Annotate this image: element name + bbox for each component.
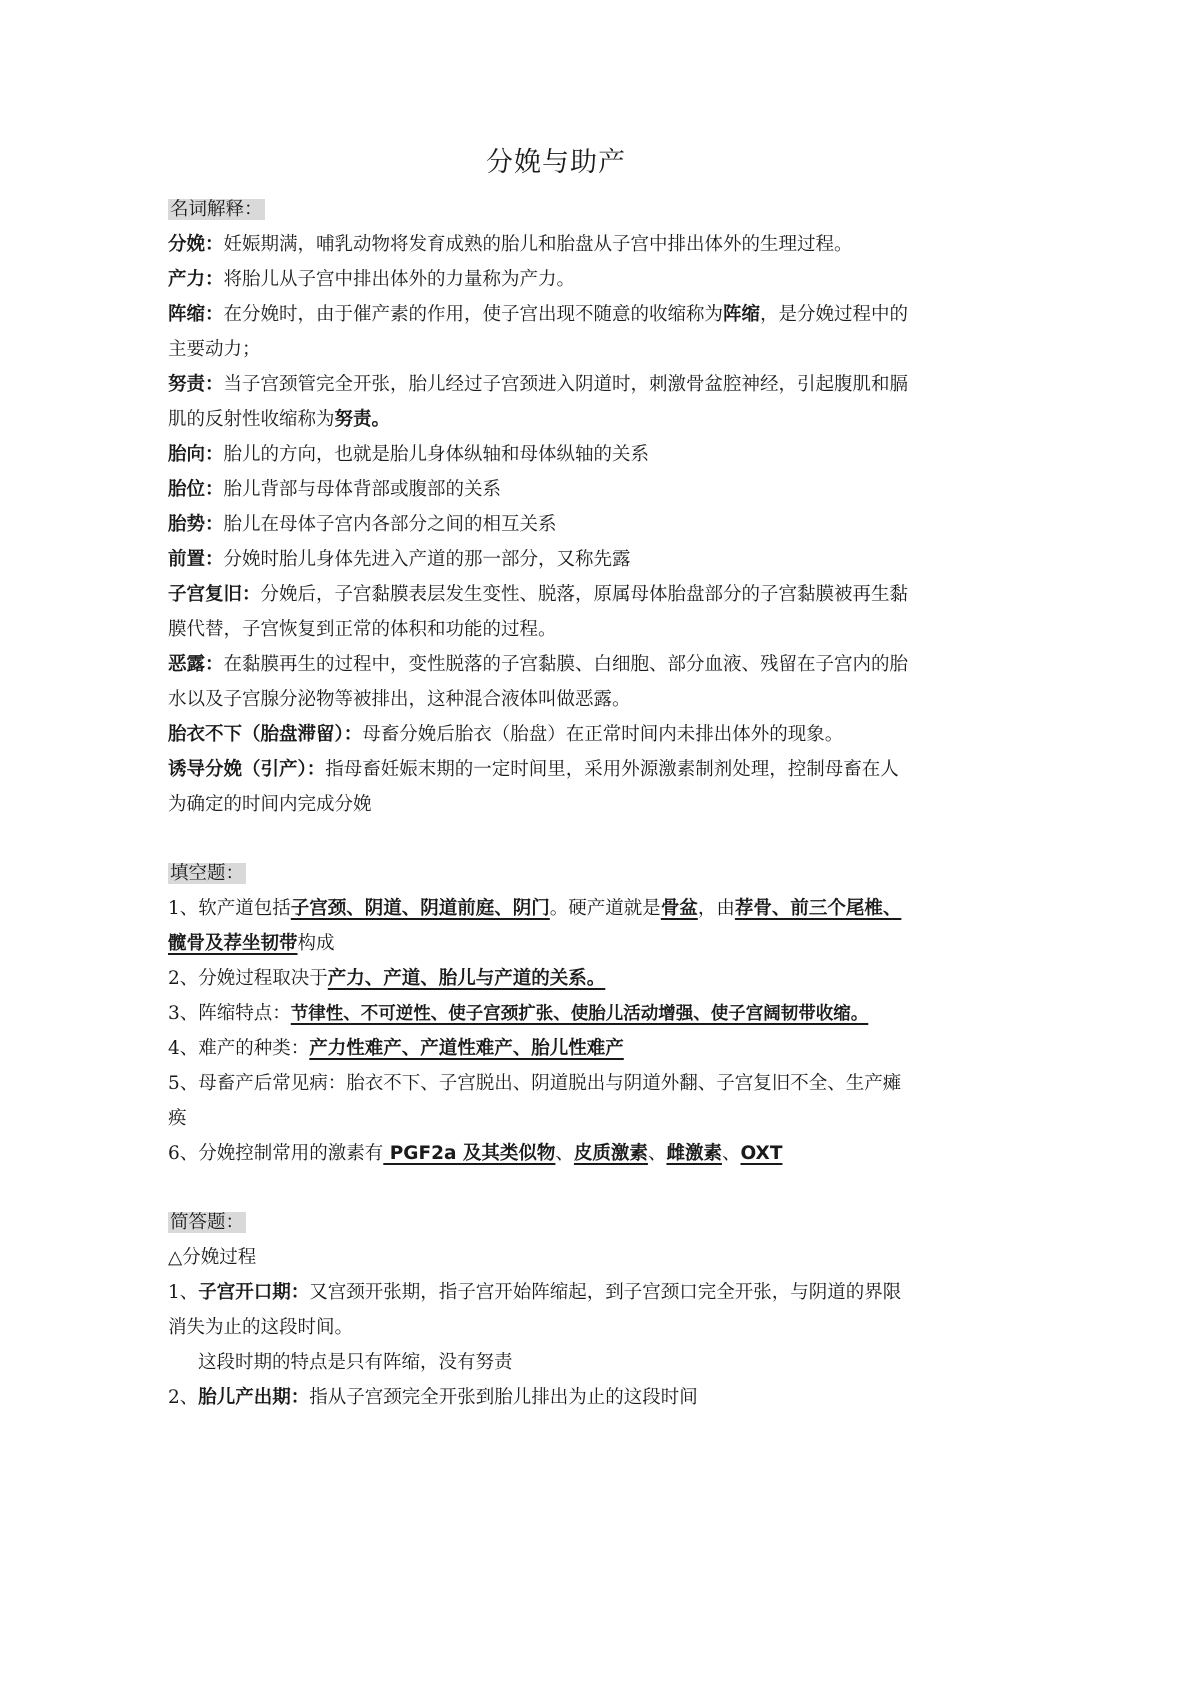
- definition-continuation: 膜代替，子宫恢复到正常的体积和功能的过程。: [168, 618, 557, 642]
- answer: 皮质激素: [574, 1143, 648, 1164]
- definition-text: 膜代替，子宫恢复到正常的体积和功能的过程。: [168, 619, 557, 640]
- definition-text: 分娩时胎儿身体先进入产道的那一部分，又称先露: [224, 549, 631, 570]
- term: 分娩：: [168, 234, 224, 255]
- question-text: 4、难产的种类：: [168, 1038, 309, 1059]
- definition-text: 妊娠期满，哺乳动物将发育成熟的胎儿和胎盘从子宫中排出体外的生理过程。: [224, 234, 853, 255]
- question-text: 2、分娩过程取决于: [168, 968, 328, 989]
- answer: 雌激素: [666, 1143, 722, 1164]
- answer-text: 指从子宫颈完全开张到胎儿排出为止的这段时间: [309, 1387, 698, 1408]
- term: 胎位：: [168, 479, 224, 500]
- definition-item: 胎衣不下（胎盘滞留）：母畜分娩后胎衣（胎盘）在正常时间内未排出体外的现象。: [168, 723, 843, 747]
- term: 恶露：: [168, 654, 224, 675]
- question-text: 6、分娩控制常用的激素有: [168, 1143, 383, 1164]
- definition-text: ，是分娩过程中的: [760, 304, 908, 325]
- term: 子宫开口期：: [198, 1282, 309, 1303]
- question-text: 3、阵缩特点：: [168, 1003, 291, 1024]
- highlighted-heading: 名词解释：: [168, 199, 265, 220]
- definition-text: 母畜分娩后胎衣（胎盘）在正常时间内未排出体外的现象。: [362, 724, 843, 745]
- definition-text: 水以及子宫腺分泌物等被排出，这种混合液体叫做恶露。: [168, 689, 631, 710]
- answer: 产力性难产、产道性难产、胎儿性难产: [309, 1038, 624, 1059]
- definition-text: 胎儿背部与母体背部或腹部的关系: [224, 479, 502, 500]
- answer: 产力、产道、胎儿与产道的关系。: [328, 968, 606, 989]
- definition-text: 胎儿的方向，也就是胎儿身体纵轴和母体纵轴的关系: [224, 444, 650, 465]
- answer-paragraph-1: 1、子宫开口期：又宫颈开张期，指子宫开始阵缩起，到子宫颈口完全开张，与阴道的界限: [168, 1281, 901, 1305]
- definition-item: 子宫复旧：分娩后，子宫黏膜表层发生变性、脱落，原属母体胎盘部分的子宫黏膜被再生黏: [168, 583, 908, 607]
- inline-bold: 努责。: [335, 409, 391, 430]
- separator: 、: [648, 1143, 667, 1164]
- definition-item: 产力：将胎儿从子宫中排出体外的力量称为产力。: [168, 268, 575, 292]
- section-heading-short-answer: 简答题：: [168, 1211, 246, 1235]
- fill-blank-question-5-continuation: 痪: [168, 1107, 187, 1131]
- section-heading-fill-blank: 填空题：: [168, 862, 246, 886]
- answer: 节律性、不可逆性、使子宫颈扩张、使胎儿活动增强、使子宫阔韧带收缩。: [291, 1004, 869, 1024]
- definition-text: 当子宫颈管完全开张，胎儿经过子宫颈进入阴道时，刺激骨盆腔神经，引起腹肌和膈: [224, 374, 909, 395]
- term: 努责：: [168, 374, 224, 395]
- answer: 子宫颈、阴道、阴道前庭、阴门: [291, 898, 550, 919]
- definition-item: 胎势：胎儿在母体子宫内各部分之间的相互关系: [168, 513, 557, 537]
- definition-text: 肌的反射性收缩称为: [168, 409, 335, 430]
- answer: 骨盆: [661, 898, 698, 919]
- page-title: 分娩与助产: [168, 140, 944, 179]
- highlighted-heading: 填空题：: [168, 863, 246, 884]
- term: 胎势：: [168, 514, 224, 535]
- question-text: 构成: [298, 933, 335, 954]
- number: 2、: [168, 1387, 198, 1408]
- definition-item: 恶露：在黏膜再生的过程中，变性脱落的子宫黏膜、白细胞、部分血液、残留在子宫内的胎: [168, 653, 908, 677]
- definition-text: 指母畜妊娠末期的一定时间里，采用外源激素制剂处理，控制母畜在人: [325, 759, 899, 780]
- section-heading-definitions: 名词解释：: [168, 198, 265, 222]
- fill-blank-question-6: 6、分娩控制常用的激素有 PGF2a 及其类似物、皮质激素、雌激素、OXT: [168, 1142, 782, 1166]
- fill-blank-question-5: 5、母畜产后常见病：胎衣不下、子宫脱出、阴道脱出与阴道外翻、子宫复旧不全、生产瘫: [168, 1072, 901, 1096]
- question-text: 1、软产道包括: [168, 898, 291, 919]
- definition-item: 阵缩：在分娩时，由于催产素的作用，使子宫出现不随意的收缩称为阵缩，是分娩过程中的: [168, 303, 908, 327]
- number: 1、: [168, 1282, 198, 1303]
- definition-item: 努责：当子宫颈管完全开张，胎儿经过子宫颈进入阴道时，刺激骨盆腔神经，引起腹肌和膈: [168, 373, 908, 397]
- definition-continuation: 主要动力；: [168, 338, 261, 362]
- term: 产力：: [168, 269, 224, 290]
- definition-continuation: 肌的反射性收缩称为努责。: [168, 408, 390, 432]
- definition-item: 前置：分娩时胎儿身体先进入产道的那一部分，又称先露: [168, 548, 631, 572]
- answer-text: 这段时期的特点是只有阵缩，没有努责: [198, 1352, 513, 1373]
- term: 诱导分娩（引产）：: [168, 759, 325, 780]
- answer-text: 消失为止的这段时间。: [168, 1317, 353, 1338]
- answer-paragraph-2: 2、胎儿产出期：指从子宫颈完全开张到胎儿排出为止的这段时间: [168, 1386, 698, 1410]
- fill-blank-question-2: 2、分娩过程取决于产力、产道、胎儿与产道的关系。: [168, 967, 605, 991]
- subheading-text: △分娩过程: [168, 1247, 256, 1268]
- answer-paragraph-1-note: 这段时期的特点是只有阵缩，没有努责: [198, 1351, 513, 1375]
- separator: 、: [555, 1143, 574, 1164]
- fill-blank-question-1-continuation: 髋骨及荐坐韧带构成: [168, 932, 335, 956]
- subheading: △分娩过程: [168, 1246, 256, 1270]
- definition-item: 诱导分娩（引产）：指母畜妊娠末期的一定时间里，采用外源激素制剂处理，控制母畜在人: [168, 758, 899, 782]
- definition-text: 在分娩时，由于催产素的作用，使子宫出现不随意的收缩称为: [224, 304, 724, 325]
- inline-bold: 阵缩: [723, 304, 760, 325]
- separator: 、: [722, 1143, 741, 1164]
- fill-blank-question-3: 3、阵缩特点：节律性、不可逆性、使子宫颈扩张、使胎儿活动增强、使子宫阔韧带收缩。: [168, 1002, 868, 1026]
- answer: 髋骨及荐坐韧带: [168, 933, 298, 954]
- definition-text: 胎儿在母体子宫内各部分之间的相互关系: [224, 514, 557, 535]
- term: 阵缩：: [168, 304, 224, 325]
- definition-text: 主要动力；: [168, 339, 261, 360]
- answer: 荐骨、前三个尾椎、: [735, 898, 902, 919]
- term: 胎向：: [168, 444, 224, 465]
- definition-continuation: 为确定的时间内完成分娩: [168, 793, 372, 817]
- definition-text: 为确定的时间内完成分娩: [168, 794, 372, 815]
- definition-item: 胎位：胎儿背部与母体背部或腹部的关系: [168, 478, 501, 502]
- term: 胎儿产出期：: [198, 1387, 309, 1408]
- highlighted-heading: 简答题：: [168, 1212, 246, 1233]
- definition-continuation: 水以及子宫腺分泌物等被排出，这种混合液体叫做恶露。: [168, 688, 631, 712]
- term: 胎衣不下（胎盘滞留）：: [168, 724, 362, 745]
- definition-text: 将胎儿从子宫中排出体外的力量称为产力。: [224, 269, 576, 290]
- fill-blank-question-4: 4、难产的种类：产力性难产、产道性难产、胎儿性难产: [168, 1037, 624, 1061]
- question-text: 。硬产道就是: [550, 898, 661, 919]
- term: 子宫复旧：: [168, 584, 261, 605]
- answer: OXT: [740, 1143, 782, 1164]
- answer-paragraph-1-continuation: 消失为止的这段时间。: [168, 1316, 353, 1340]
- fill-blank-question-1: 1、软产道包括子宫颈、阴道、阴道前庭、阴门。硬产道就是骨盆，由荐骨、前三个尾椎、: [168, 897, 901, 921]
- definition-text: 分娩后，子宫黏膜表层发生变性、脱落，原属母体胎盘部分的子宫黏膜被再生黏: [261, 584, 909, 605]
- definition-text: 在黏膜再生的过程中，变性脱落的子宫黏膜、白细胞、部分血液、残留在子宫内的胎: [224, 654, 909, 675]
- definition-item: 分娩：妊娠期满，哺乳动物将发育成熟的胎儿和胎盘从子宫中排出体外的生理过程。: [168, 233, 853, 257]
- question-text: 5、母畜产后常见病：胎衣不下、子宫脱出、阴道脱出与阴道外翻、子宫复旧不全、生产瘫: [168, 1073, 901, 1094]
- answer: PGF2a 及其类似物: [383, 1143, 555, 1164]
- definition-item: 胎向：胎儿的方向，也就是胎儿身体纵轴和母体纵轴的关系: [168, 443, 649, 467]
- answer-text: 又宫颈开张期，指子宫开始阵缩起，到子宫颈口完全开张，与阴道的界限: [309, 1282, 901, 1303]
- question-text: 痪: [168, 1108, 187, 1129]
- question-text: ，由: [698, 898, 735, 919]
- term: 前置：: [168, 549, 224, 570]
